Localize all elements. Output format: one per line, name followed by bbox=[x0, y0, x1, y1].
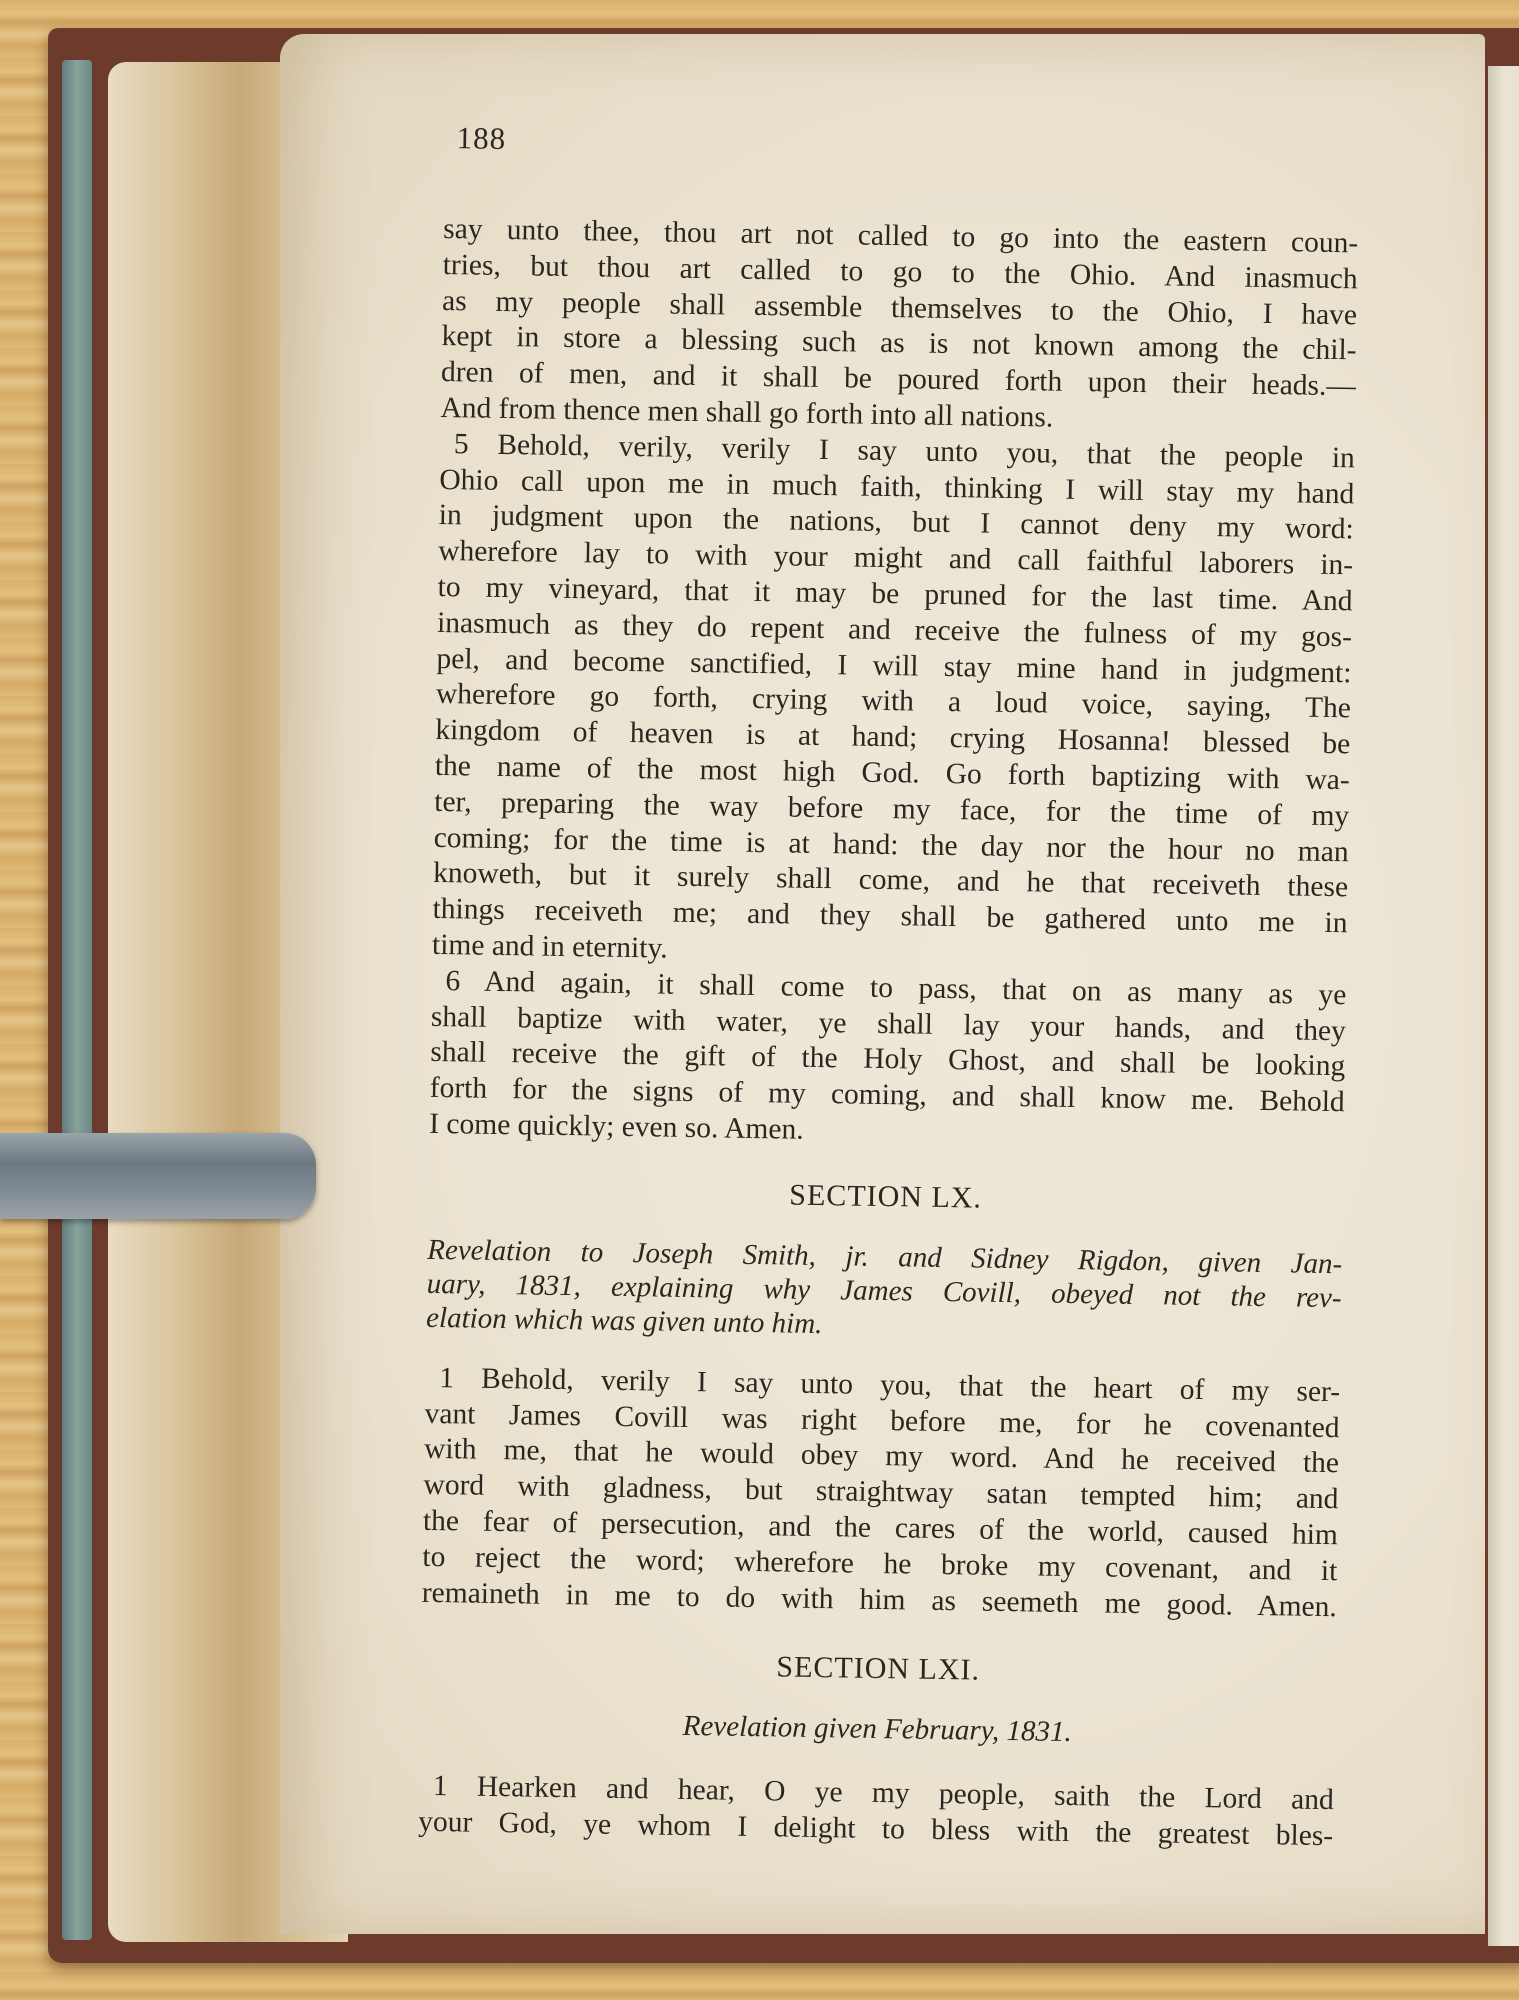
cover-endpaper-edge bbox=[62, 60, 92, 1940]
section-60-description: Revelation to Joseph Smith, jr. and Sidn… bbox=[426, 1233, 1342, 1349]
facing-page-edge bbox=[1488, 66, 1519, 1946]
section-60-title: SECTION LX. bbox=[428, 1173, 1343, 1221]
section-61-verse-1: 1 Hearken and hear, O ye my people, sait… bbox=[418, 1769, 1334, 1855]
page-text: 188 say unto thee, thou art not called t… bbox=[418, 120, 1360, 1855]
section-61-title: SECTION LXI. bbox=[421, 1645, 1336, 1693]
section-61-description: Revelation given February, 1831. bbox=[420, 1705, 1335, 1753]
letter-opener-bookmark[interactable] bbox=[0, 1133, 316, 1219]
section-60-verse-1: 1 Behold, verily I say unto you, that th… bbox=[422, 1361, 1341, 1626]
continuation-paragraph: say unto thee, thou art not called to go… bbox=[440, 212, 1358, 441]
verse-6: 6 And again, it shall come to pass, that… bbox=[429, 964, 1347, 1157]
verse-5: 5 Behold, verily, verily I say unto you,… bbox=[432, 427, 1355, 978]
